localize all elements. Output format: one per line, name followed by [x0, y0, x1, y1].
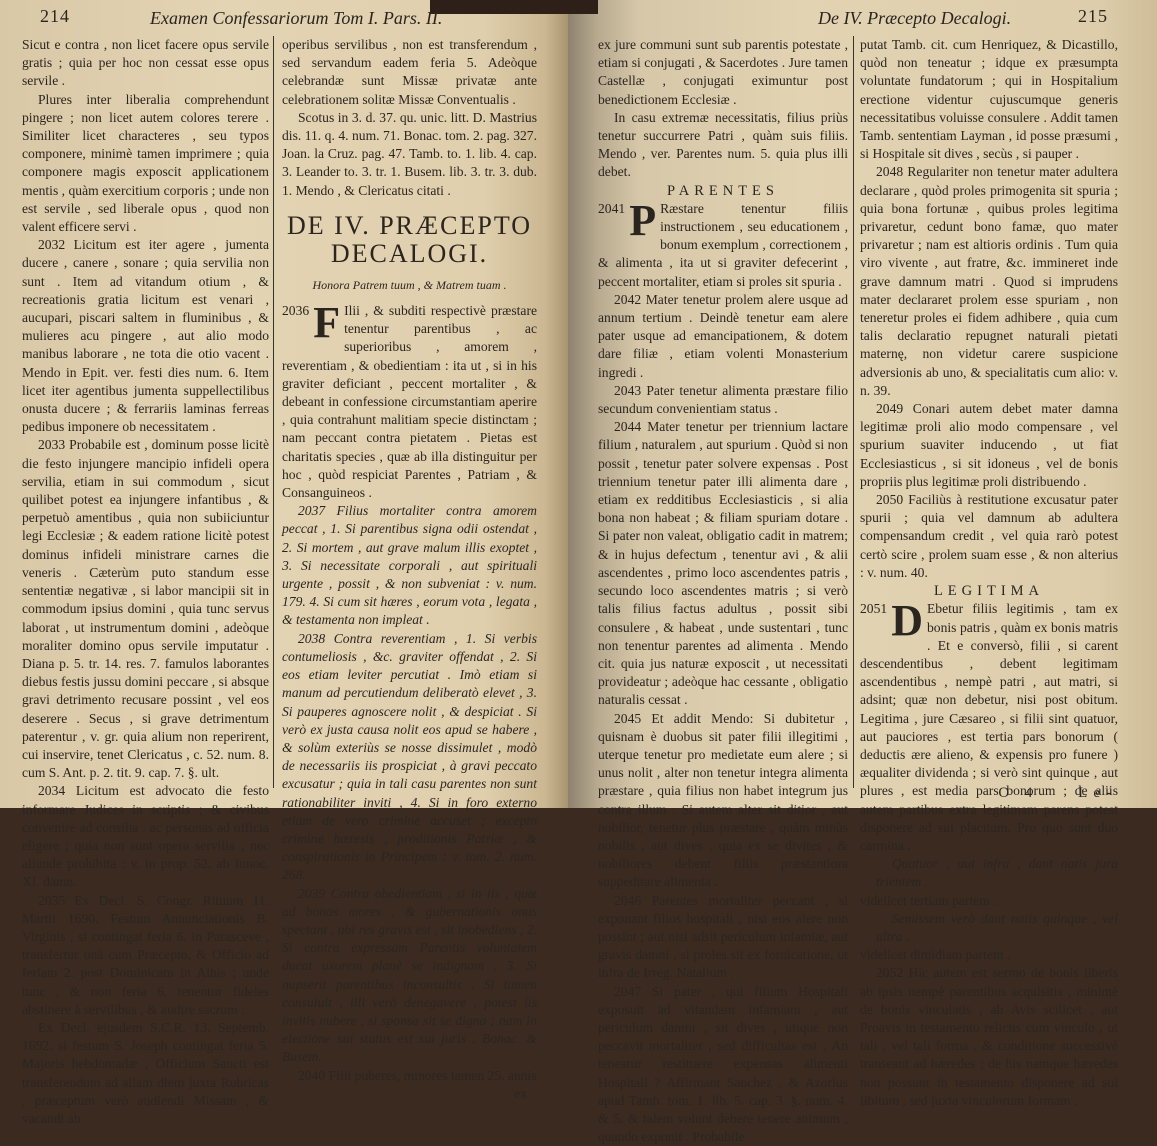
- right-page: De IV. Præcepto Decalogi. 215 ex jure co…: [568, 0, 1157, 808]
- paragraph-2036: 2036 F Ilii , & subditi respectivè præst…: [282, 302, 537, 502]
- paragraph-2048: 2048 Regulariter non tenetur mater adult…: [860, 163, 1118, 400]
- drop-cap: F: [313, 304, 340, 342]
- paragraph-2034: 2034 Licitum est advocato die festo info…: [22, 782, 269, 808]
- column-rule: [853, 36, 854, 788]
- binding-shadow: [568, 0, 598, 14]
- paragraph-2038: 2038 Contra reverentiam , 1. Si verbis c…: [282, 630, 537, 808]
- paragraph-2049: 2049 Conari autem debet mater damna legi…: [860, 400, 1118, 491]
- paragraph: putat Tamb. cit. cum Henriquez, & Dicast…: [860, 36, 1118, 163]
- paragraph-2032: 2032 Licitum est iter agere , jumenta du…: [22, 236, 269, 436]
- paragraph-number: 2051: [860, 600, 887, 618]
- left-running-head: Examen Confessariorum Tom I. Pars. II.: [150, 8, 442, 29]
- signature-mark: O 4: [998, 785, 1038, 801]
- paragraph-2050: 2050 Faciliùs à restitutione excusatur p…: [860, 491, 1118, 582]
- right-column-2: putat Tamb. cit. cum Henriquez, & Dicast…: [860, 36, 1118, 808]
- left-column-2: operibus servilibus , non est transferen…: [282, 36, 537, 808]
- column-rule: [273, 36, 274, 788]
- paragraph-2051: 2051 D Ebetur filiis legitimis , tam ex …: [860, 600, 1118, 808]
- paragraph-number: 2041: [598, 200, 625, 218]
- right-running-head: De IV. Præcepto Decalogi.: [818, 8, 1011, 29]
- book-spread: 214 Examen Confessariorum Tom I. Pars. I…: [0, 0, 1157, 808]
- epigraph: Honora Patrem tuum , & Matrem tuam .: [282, 276, 537, 294]
- page-footer: O 4 Le-: [998, 785, 1117, 802]
- binding-shadow: [430, 0, 568, 14]
- section-title: DE IV. PRÆCEPTO DECALOGI.: [282, 212, 537, 268]
- left-page-number: 214: [40, 6, 70, 27]
- paragraph-2033: 2033 Probabile est , dominum posse licit…: [22, 436, 269, 782]
- left-page: 214 Examen Confessariorum Tom I. Pars. I…: [0, 0, 568, 808]
- paragraph: operibus servilibus , non est transferen…: [282, 36, 537, 109]
- paragraph: Plures inter liberalia comprehendunt pin…: [22, 91, 269, 237]
- right-column-1: ex jure communi sunt sub parentis potest…: [598, 36, 848, 808]
- drop-cap: D: [891, 602, 923, 640]
- paragraph-citations: Scotus in 3. d. 37. qu. unic. litt. D. M…: [282, 109, 537, 200]
- drop-cap: P: [629, 202, 656, 240]
- paragraph: In casu extremæ necessitatis, filius pri…: [598, 109, 848, 182]
- paragraph: Sicut e contra , non licet facere opus s…: [22, 36, 269, 91]
- section-title-line: DE IV. PRÆCEPTO: [282, 212, 537, 240]
- paragraph-2043: 2043 Pater tenetur alimenta præstare fil…: [598, 382, 848, 418]
- right-page-number: 215: [1078, 6, 1108, 27]
- section-title-line: DECALOGI.: [282, 240, 537, 268]
- paragraph: ex jure communi sunt sub parentis potest…: [598, 36, 848, 109]
- paragraph-2037: 2037 Filius mortaliter contra amorem pec…: [282, 502, 537, 629]
- paragraph-2044: 2044 Mater tenetur per triennium lactare…: [598, 418, 848, 709]
- paragraph-number: 2036: [282, 302, 309, 320]
- catchword: Le-: [1078, 785, 1117, 801]
- left-column-1: Sicut e contra , non licet facere opus s…: [22, 36, 269, 808]
- paragraph-2042: 2042 Mater tenetur prolem alere usque ad…: [598, 291, 848, 382]
- paragraph-2041: 2041 P Ræstare tenentur filiis instructi…: [598, 200, 848, 291]
- paragraph-2045: 2045 Et addit Mendo: Si dubitetur , quis…: [598, 710, 848, 808]
